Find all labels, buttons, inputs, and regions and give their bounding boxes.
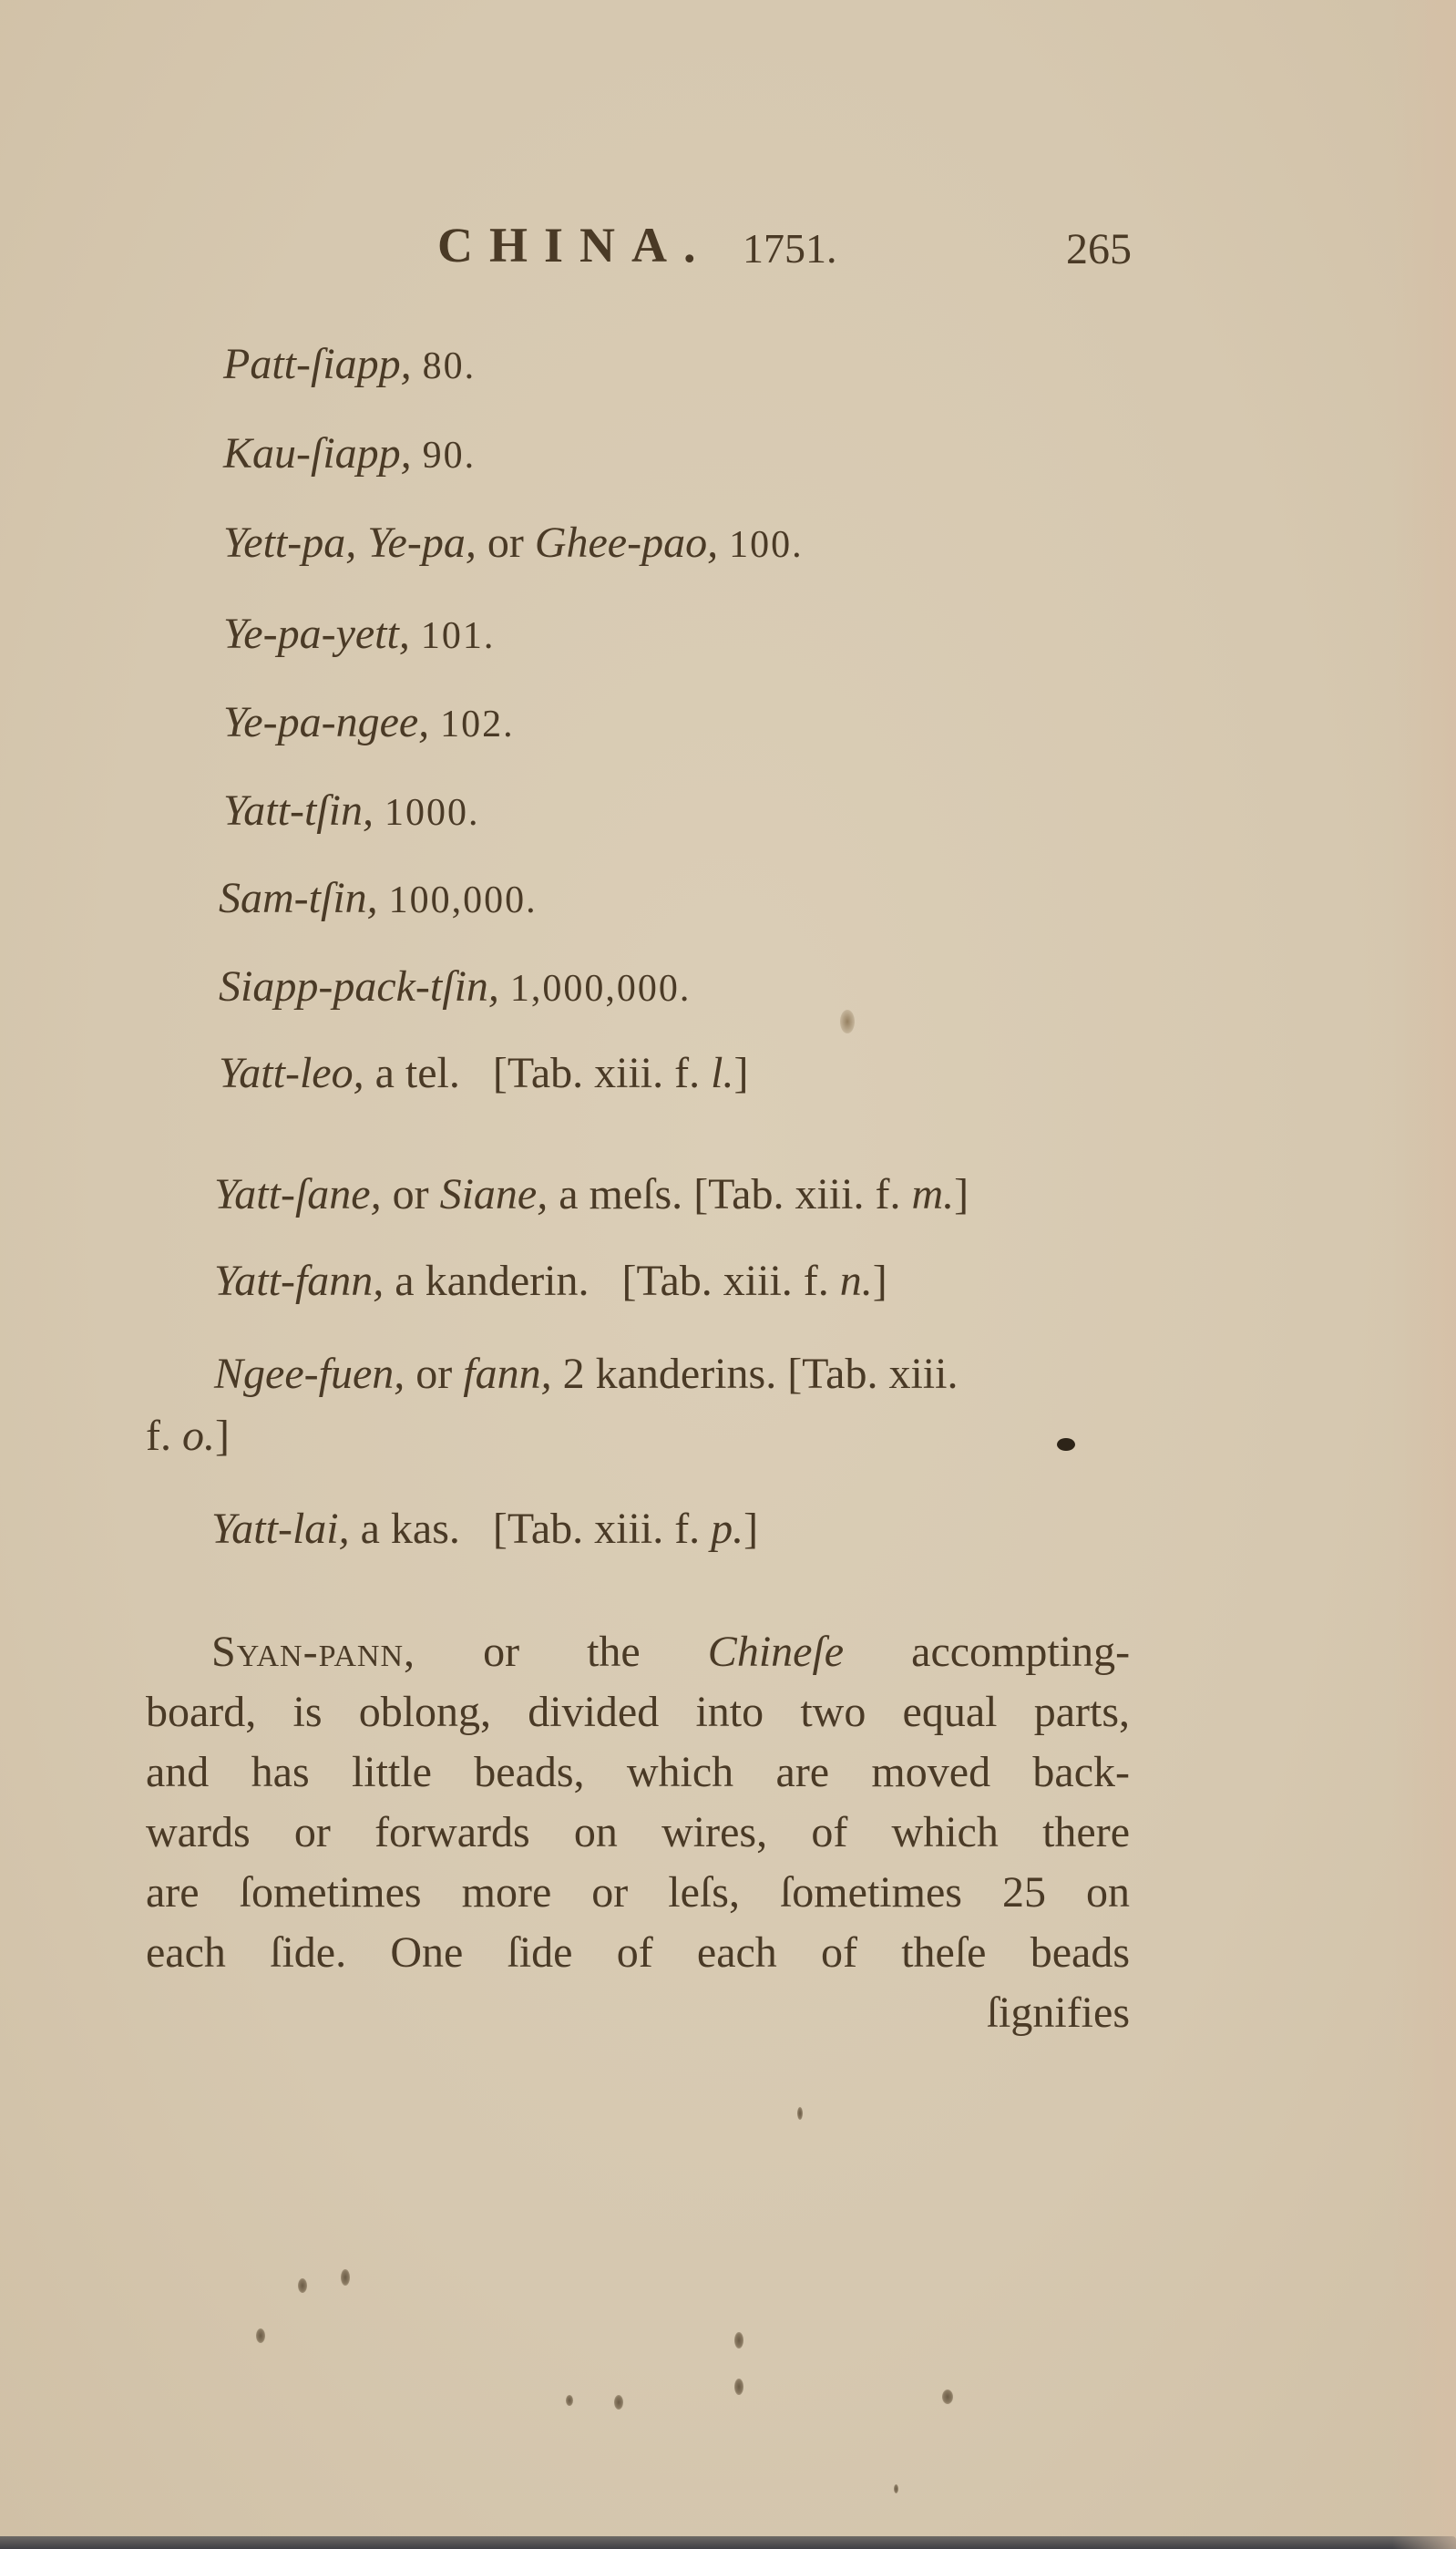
entry-ref: [Tab. xiii. f. (693, 1170, 900, 1218)
entry-ref-letter: o. (182, 1412, 215, 1460)
entry-yatt-tsin: Yatt-tſin, 1000. (223, 786, 479, 836)
entry-ref-letter: p. (711, 1505, 743, 1553)
entry-term: Yatt-leo, (219, 1049, 364, 1097)
entry-ref-close: ] (954, 1170, 969, 1218)
page-bottom-edge (0, 2536, 1456, 2549)
running-head-year: 1751. (743, 224, 837, 272)
entry-ref-letter: n. (840, 1257, 873, 1305)
entry-desc: a meſs. (559, 1170, 682, 1218)
entry-ye-pa-ngee: Ye-pa-ngee, 102. (223, 697, 515, 747)
entry-ngee-fuen: Ngee-fuen, or fann, 2 kanderins. [Tab. x… (214, 1349, 958, 1399)
foxing-stain (840, 1010, 855, 1033)
entry-yett-pa: Yett-pa, Ye-pa, or Ghee-pao, 100. (223, 518, 804, 568)
entry-term: Ngee-fuen, (214, 1350, 405, 1398)
entry-ref: [Tab. xiii. f. (622, 1257, 829, 1305)
entry-yatt-lai: Yatt-lai, a kas. [Tab. xiii. f. p.] (211, 1504, 758, 1554)
entry-yatt-leo: Yatt-leo, a tel. [Tab. xiii. f. l.] (219, 1048, 748, 1098)
body-paragraph: Syan-pann, or the Chineſe accompting- bo… (146, 1622, 1130, 2043)
entry-sam-tsin: Sam-tſin, 100,000. (219, 873, 538, 923)
paragraph-italic-word: Chineſe (708, 1628, 844, 1676)
page-number: 265 (1066, 224, 1132, 274)
entry-ye-pa-yett: Ye-pa-yett, 101. (223, 609, 495, 659)
catchword: ſignifies (146, 1983, 1130, 2043)
entry-alt: fann, (463, 1350, 551, 1398)
entry-ref-letter: l. (711, 1049, 733, 1097)
entry-value: 101. (421, 615, 496, 657)
entry-siapp-pack-tsin: Siapp-pack-tſin, 1,000,000. (219, 961, 691, 1012)
paragraph-line-1: Syan-pann, or the Chineſe accompting- (146, 1622, 1130, 1682)
paragraph-line-5: are ſometimes more or leſs, ſometimes 25… (146, 1863, 1130, 1923)
paper-speck (894, 2484, 898, 2493)
entry-ref-cont: f. (146, 1412, 171, 1460)
entry-value: 100. (729, 524, 804, 566)
entry-ref: [Tab. xiii. f. (493, 1049, 700, 1097)
entry-patt-siapp: Patt-ſiapp, 80. (223, 339, 476, 389)
wormhole (566, 2395, 573, 2406)
entry-term: Patt-ſiapp, (223, 340, 412, 388)
entry-ref-close: ] (873, 1257, 887, 1305)
entry-value: 80. (423, 345, 477, 387)
paragraph-text: accompting- (911, 1628, 1130, 1676)
wormhole (942, 2390, 953, 2404)
entry-ngee-fuen-continued: f. o.] (146, 1411, 230, 1461)
entry-value: 1,000,000. (510, 968, 692, 1010)
wormhole (341, 2269, 350, 2286)
entry-desc: a tel. (375, 1049, 460, 1097)
entry-value: 90. (423, 435, 477, 477)
entry-term: Yett-pa, (223, 519, 356, 567)
entry-alt-2: Ghee-pao, (535, 519, 718, 567)
entry-alt-1: Ye-pa, (367, 519, 477, 567)
paragraph-lead-smallcaps: Syan-pann, (211, 1628, 415, 1676)
entry-term: Ye-pa-yett, (223, 610, 410, 658)
wormhole (256, 2328, 265, 2343)
entry-term: Siapp-pack-tſin, (219, 962, 499, 1011)
entry-value: 1000. (385, 792, 480, 834)
entry-alt: Siane, (440, 1170, 549, 1218)
book-page: CHINA. 1751. 265 Patt-ſiapp, 80. Kau-ſia… (0, 0, 1456, 2549)
entry-term: Yatt-tſin, (223, 786, 374, 835)
ink-spot (1057, 1438, 1075, 1451)
entry-kau-siapp: Kau-ſiapp, 90. (223, 428, 476, 478)
entry-desc: 2 kanderins. (563, 1350, 777, 1398)
entry-yatt-fann: Yatt-fann, a kanderin. [Tab. xiii. f. n.… (214, 1256, 887, 1306)
wormhole (298, 2278, 307, 2293)
entry-or: or (415, 1350, 452, 1398)
paragraph-line-2: board, is oblong, divided into two equal… (146, 1682, 1130, 1742)
entry-ref: [Tab. xiii. (787, 1350, 958, 1398)
wormhole (734, 2379, 743, 2395)
running-head: CHINA. 1751. 265 (428, 217, 1157, 290)
paragraph-text: or the (483, 1628, 641, 1676)
wormhole (614, 2395, 623, 2410)
wormhole (734, 2332, 743, 2349)
paragraph-line-6: each ſide. One ſide of each of theſe bea… (146, 1923, 1130, 1983)
entry-ref-letter: m. (911, 1170, 954, 1218)
entry-desc: a kanderin. (395, 1257, 589, 1305)
entry-term: Yatt-lai, (211, 1505, 350, 1553)
running-head-title: CHINA. (437, 217, 713, 273)
entry-or: or (393, 1170, 429, 1218)
entry-term: Yatt-fann, (214, 1257, 384, 1305)
entry-term: Ye-pa-ngee, (223, 698, 429, 746)
entry-yatt-sane: Yatt-ſane, or Siane, a meſs. [Tab. xiii.… (214, 1169, 969, 1219)
entry-term: Yatt-ſane, (214, 1170, 382, 1218)
entry-ref-close: ] (215, 1412, 230, 1460)
entry-ref: [Tab. xiii. f. (493, 1505, 700, 1553)
entry-or: or (487, 519, 524, 567)
entry-ref-close: ] (733, 1049, 748, 1097)
entry-term: Kau-ſiapp, (223, 429, 412, 478)
paragraph-line-3: and has little beads, which are moved ba… (146, 1742, 1130, 1803)
entry-term: Sam-tſin, (219, 874, 378, 922)
entry-ref-close: ] (743, 1505, 758, 1553)
paragraph-line-4: wards or forwards on wires, of which the… (146, 1803, 1130, 1863)
entry-value: 100,000. (389, 879, 538, 921)
entry-desc: a kas. (361, 1505, 460, 1553)
entry-value: 102. (440, 704, 515, 745)
paper-speck (797, 2107, 803, 2120)
